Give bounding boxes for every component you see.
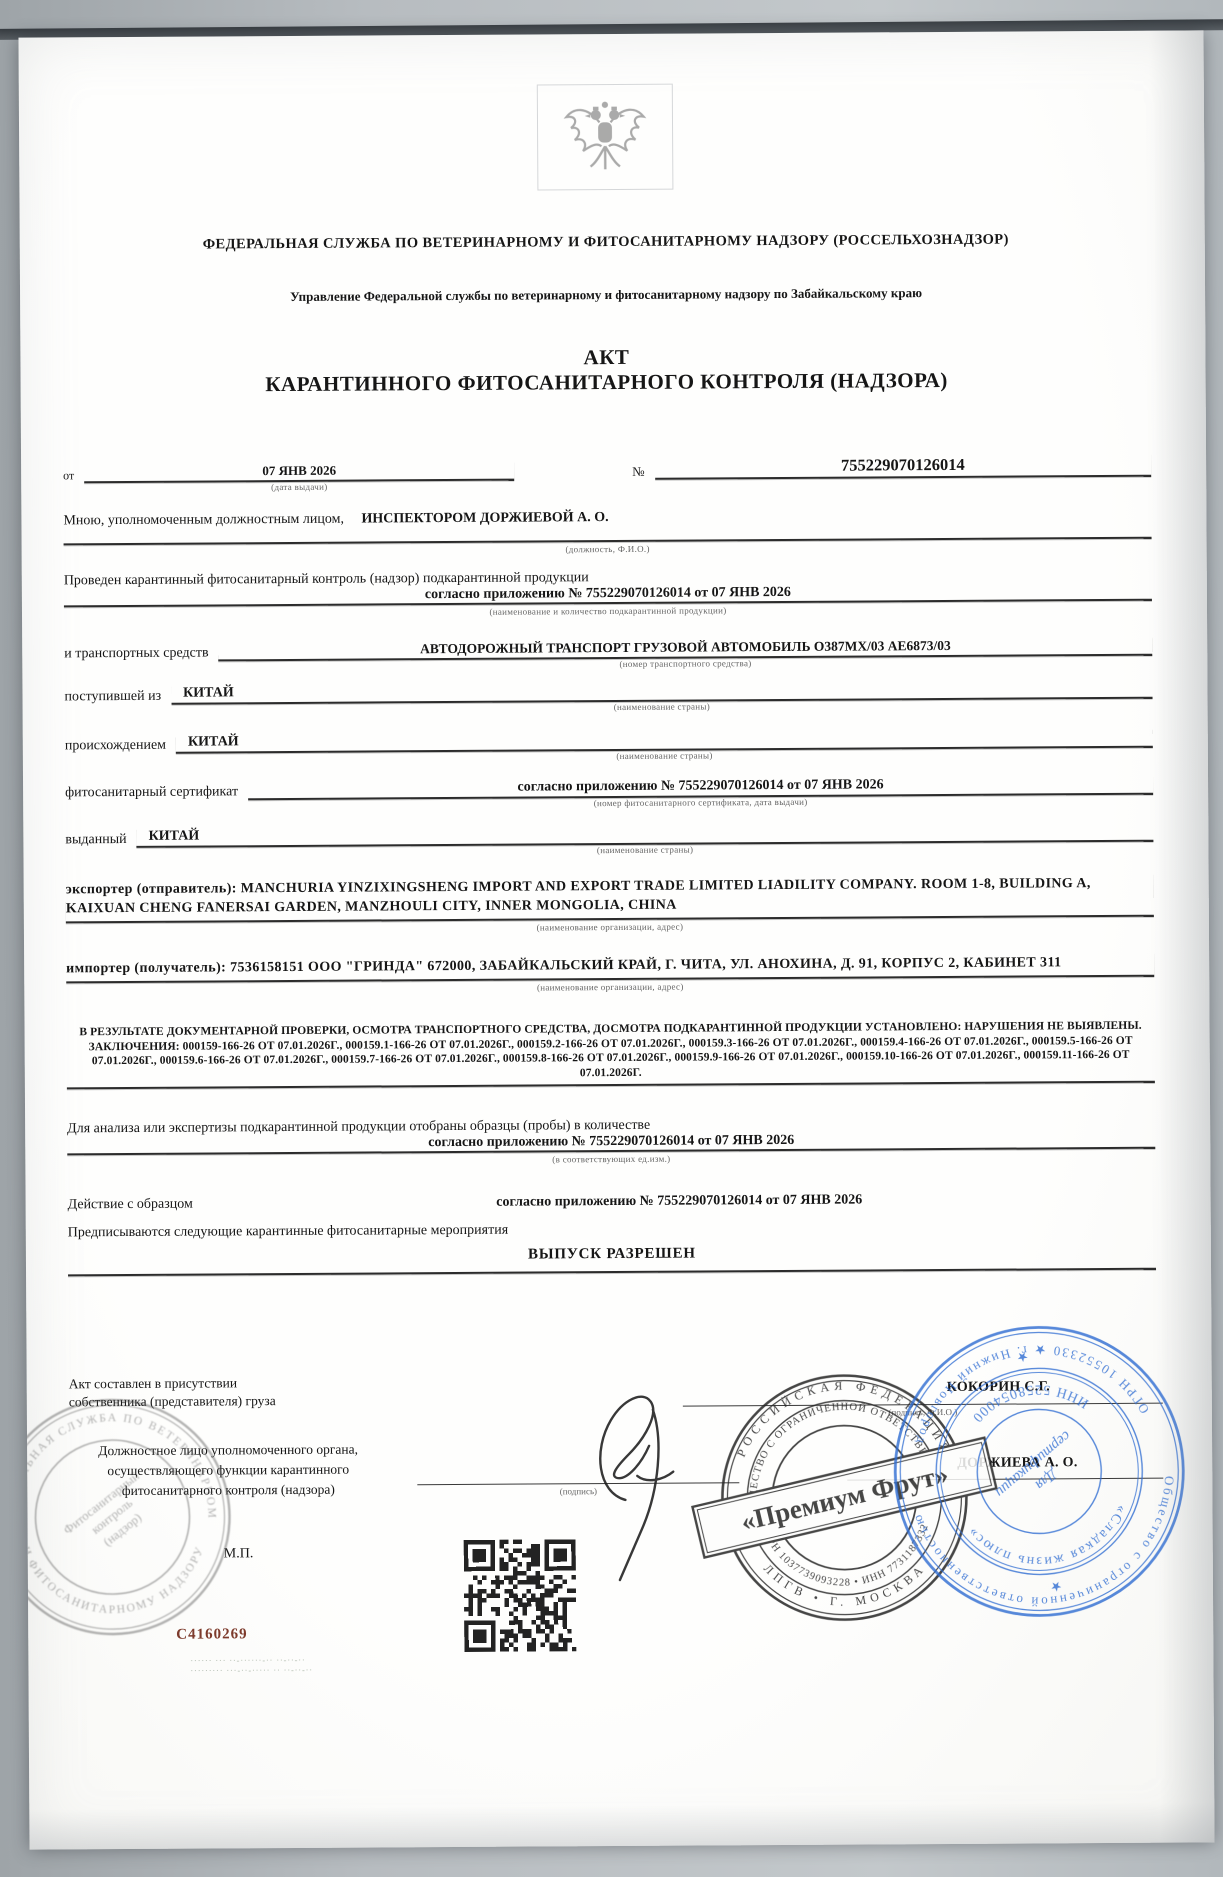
svg-text:контроль: контроль bbox=[89, 1496, 136, 1537]
exporter-paragraph: экспортер (отправитель): MANCHURIA YINZI… bbox=[66, 874, 1154, 924]
official-name-line bbox=[847, 1455, 1163, 1481]
certificate-field: согласно приложению № 755229070126014 от… bbox=[248, 776, 1153, 801]
handwritten-signature bbox=[567, 1379, 718, 1595]
scan-shading-bottom bbox=[29, 1802, 1214, 1849]
action-label: Действие с образцом bbox=[68, 1197, 203, 1214]
action-value: согласно приложению № 755229070126014 от… bbox=[203, 1191, 1156, 1213]
present-sign-caption: (подпись, Ф.И.О.) bbox=[683, 1406, 1163, 1419]
measures-label: Предписываются следующие карантинные фит… bbox=[68, 1219, 1156, 1242]
action-row: Действие с образцом согласно приложению … bbox=[68, 1191, 1156, 1214]
present-line1: Акт составлен в присутствии bbox=[69, 1374, 276, 1393]
results-paragraph: В РЕЗУЛЬТАТЕ ДОКУМЕНТАРНОЙ ПРОВЕРКИ, ОСМ… bbox=[67, 1019, 1155, 1084]
date-caption: (дата выдачи) bbox=[84, 481, 514, 494]
inspector-value: ИНСПЕКТОРОМ ДОРЖИЕВОЙ А. О. bbox=[347, 510, 608, 527]
seal-place-label: М.П. bbox=[224, 1546, 254, 1562]
issued-row: выданный КИТАЙ (наименование страны) bbox=[65, 823, 1153, 849]
date-label: от bbox=[63, 468, 84, 483]
number-label: № bbox=[632, 464, 655, 480]
verdict-line bbox=[68, 1268, 1156, 1277]
verdict-text: ВЫПУСК РАЗРЕШЕН bbox=[68, 1243, 1156, 1267]
svg-text:★: ★ bbox=[1016, 1349, 1030, 1366]
certificate-row: фитосанитарный сертификат согласно прило… bbox=[65, 776, 1153, 802]
origin-field: КИТАЙ (наименование страны) bbox=[176, 729, 1153, 754]
official-line1: Должностное лицо уполномоченного органа, bbox=[45, 1439, 411, 1461]
issued-field: КИТАЙ (наименование страны) bbox=[137, 823, 1154, 848]
coat-of-arms-emblem bbox=[537, 84, 674, 191]
svg-text:И ФИТОСАНИТАРНОМУ НАДЗОРУ: И ФИТОСАНИТАРНОМУ НАДЗОРУ bbox=[19, 1544, 207, 1617]
document-title-line2: КАРАНТИННОГО ФИТОСАНИТАРНОГО КОНТРОЛЯ (Н… bbox=[63, 367, 1151, 399]
svg-text:(надзор): (надзор) bbox=[101, 1510, 145, 1549]
origin-row: происхождением КИТАЙ (наименование стран… bbox=[65, 729, 1153, 755]
number-field: 755229070126014 bbox=[655, 454, 1152, 480]
present-block: Акт составлен в присутствии собственника… bbox=[69, 1374, 276, 1411]
certificate-label: фитосанитарный сертификат bbox=[65, 784, 248, 801]
origin-label: происхождением bbox=[65, 738, 176, 755]
scan-shading-right bbox=[1148, 30, 1214, 1842]
transport-field: АВТОДОРОЖНЫЙ ТРАНСПОРТ ГРУЗОВОЙ АВТОМОБИ… bbox=[219, 637, 1153, 662]
official-block: Должностное лицо уполномоченного органа,… bbox=[45, 1439, 411, 1501]
official-line2: осуществляющего функции карантинного bbox=[45, 1459, 411, 1481]
transport-row: и транспортных средств АВТОДОРОЖНЫЙ ТРАН… bbox=[64, 637, 1152, 663]
arrived-row: поступившей из КИТАЙ (наименование стран… bbox=[64, 680, 1152, 706]
spacer bbox=[514, 480, 632, 481]
issued-label: выданный bbox=[65, 832, 136, 848]
date-number-row: от 07 ЯНВ 2026 (дата выдачи) № 755229070… bbox=[63, 454, 1151, 484]
blank-number: С4160269 bbox=[176, 1626, 247, 1643]
present-sign-field: (подпись, Ф.И.О.) bbox=[683, 1379, 1163, 1419]
department-title: Управление Федеральной службы по ветерин… bbox=[62, 284, 1150, 307]
arrived-field: КИТАЙ (наименование страны) bbox=[171, 680, 1153, 705]
svg-text:Общество с ограниченной ответс: Общество с ограниченной ответственностью bbox=[908, 1473, 1194, 1627]
agency-title: ФЕДЕРАЛЬНАЯ СЛУЖБА ПО ВЕТЕРИНАРНОМУ И ФИ… bbox=[62, 231, 1150, 255]
svg-text:ОГРН 1037739093228 • ИНН 77311: ОГРН 1037739093228 • ИНН 7731187332 bbox=[758, 1522, 931, 1589]
svg-text:ЛПГВ • Г. МОСКВА: ЛПГВ • Г. МОСКВА bbox=[761, 1560, 929, 1609]
document-title: АКТ КАРАНТИННОГО ФИТОСАНИТАРНОГО КОНТРОЛ… bbox=[62, 342, 1150, 399]
date-value: 07 ЯНВ 2026 bbox=[84, 462, 514, 482]
qr-code bbox=[464, 1539, 577, 1657]
arrived-label: поступившей из bbox=[64, 689, 171, 706]
document-page: ФЕДЕРАЛЬНАЯ СЛУЖБА ПО ВЕТЕРИНАРНОМУ И ФИ… bbox=[18, 30, 1214, 1849]
document-content: ФЕДЕРАЛЬНАЯ СЛУЖБА ПО ВЕТЕРИНАРНОМУ И ФИ… bbox=[60, 31, 1156, 1277]
fine-print: ······ ··· ··-······-·· ··-··-·· ·······… bbox=[190, 1656, 313, 1677]
inspector-label: Мною, уполномоченным должностным лицом, bbox=[63, 512, 344, 529]
present-line2: собственника (представителя) груза bbox=[69, 1392, 276, 1411]
inspector-row: Мною, уполномоченным должностным лицом, … bbox=[63, 507, 1151, 530]
official-line3: фитосанитарного контроля (надзора) bbox=[45, 1479, 411, 1501]
svg-text:«Сладкая жизнь плюс»: «Сладкая жизнь плюс» bbox=[963, 1501, 1136, 1580]
date-field: 07 ЯНВ 2026 (дата выдачи) bbox=[84, 462, 514, 484]
number-value: 755229070126014 bbox=[655, 454, 1152, 478]
svg-text:★: ★ bbox=[1049, 1578, 1063, 1595]
fine-print-line2: ········· ···-··-····· ·· ··-··-·· bbox=[190, 1666, 313, 1677]
transport-label: и транспортных средств bbox=[64, 645, 218, 662]
